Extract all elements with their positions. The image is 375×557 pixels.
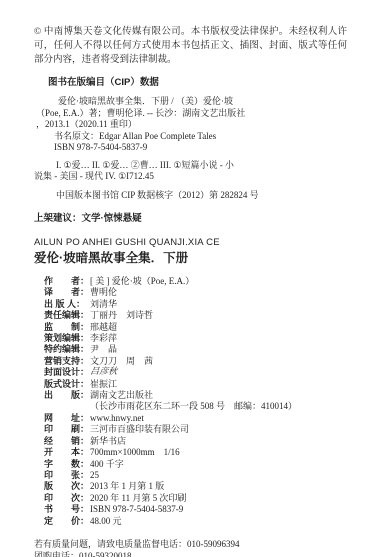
cip-classification-line: I. ①爱… II. ①爱… ②曹… III. ①短篇小说 - 小: [34, 160, 347, 172]
credit-row-marketing-support: 营销支持：文刀刀 周 茜: [44, 356, 347, 367]
credit-label: 译 者：: [44, 287, 90, 298]
credit-value: 湖南文艺出版社: [90, 390, 153, 401]
credit-value: 尹 晶: [90, 344, 117, 355]
credit-value: 邢越超: [90, 322, 117, 333]
credit-row-supervisor: 监 制：邢越超: [44, 322, 347, 333]
cip-record-line: ，2013.1（2020.11 重印）: [36, 119, 347, 131]
credit-row-author: 作 者：[ 美 ] 爱伦·坡（Poe, E.A.）: [44, 276, 347, 287]
credit-row-price: 定 价：48.00 元: [44, 516, 347, 527]
credit-value: 丁丽丹 刘诗哲: [90, 310, 153, 321]
credit-row-layout-design: 版式设计：崔振江: [44, 379, 347, 390]
credit-label: 经 销：: [44, 436, 90, 447]
cip-record-line: 书名原文：Edgar Allan Poe Complete Tales: [36, 131, 347, 143]
credit-value: 700mm×1000mm 1/16: [90, 447, 180, 458]
cip-heading: 图书在版编目（CIP）数据: [48, 77, 347, 89]
credit-row-word-count: 字 数：400 千字: [44, 459, 347, 470]
copyright-page: © 中南博集天卷文化传媒有限公司。本书版权受法律保护。未经权利人许可，任何人不得…: [0, 0, 375, 557]
publication-credits: 作 者：[ 美 ] 爱伦·坡（Poe, E.A.） 译 者：曹明伦 出 版 人：…: [44, 276, 347, 527]
cip-record: 爱伦·坡暗黑故事全集．下册 / （美）爱伦·坡 （Poe, E.A.）著；曹明伦…: [36, 96, 347, 154]
credit-row-sheets: 印 张：25: [44, 470, 347, 481]
credit-label: 开 本：: [44, 447, 90, 458]
credit-value: 400 千字: [90, 459, 124, 470]
credit-row-edition: 版 次：2013 年 1 月第 1 版: [44, 481, 347, 492]
credit-row-format: 开 本：700mm×1000mm 1/16: [44, 447, 347, 458]
credit-value: 2020 年 11 月第 5 次印刷: [90, 493, 186, 504]
credit-label: 印 次：: [44, 493, 90, 504]
credit-row-printer: 印 刷：三河市百盛印装有限公司: [44, 424, 347, 435]
credit-label: 版 次：: [44, 481, 90, 492]
credit-value-signature: 吕彦秋: [89, 367, 117, 378]
credit-label: 书 号：: [44, 504, 90, 515]
credit-label: 作 者：: [44, 276, 90, 287]
credit-label: 版式设计：: [44, 379, 90, 390]
group-purchase-line: 团购电话：010-59320018: [34, 550, 347, 557]
credit-row-translator: 译 者：曹明伦: [44, 287, 347, 298]
credit-label: 出 版：: [44, 390, 90, 401]
credit-value: [ 美 ] 爱伦·坡（Poe, E.A.）: [90, 276, 194, 287]
credit-row-publisher-address: （长沙市雨花区东二环一段 508 号 邮编：410014）: [44, 401, 347, 412]
credit-row-cover-design: 封面设计：吕彦秋: [44, 367, 347, 378]
credit-row-contributing-editor: 特约编辑：尹 晶: [44, 344, 347, 355]
credit-row-printing: 印 次：2020 年 11 月第 5 次印刷: [44, 493, 347, 504]
cip-isbn-line: ISBN 978-7-5404-5837-9: [36, 142, 347, 154]
credit-label: 特约编辑：: [44, 344, 90, 355]
credit-row-isbn: 书 号：ISBN 978-7-5404-5837-9: [44, 504, 347, 515]
credit-label: 监 制：: [44, 322, 90, 333]
cip-record-line: （Poe, E.A.）著；曹明伦译. -- 长沙：湖南文艺出版社: [36, 108, 347, 120]
credit-label: [44, 401, 90, 412]
book-title-pinyin: AILUN PO ANHEI GUSHI QUANJI.XIA CE: [34, 237, 347, 249]
shelf-suggestion: 上架建议：文学·惊悚悬疑: [34, 213, 347, 225]
credit-value: 48.00 元: [90, 516, 122, 527]
credit-label: 网 址：: [44, 413, 90, 424]
credit-label: 字 数：: [44, 459, 90, 470]
book-title-chinese: 爱伦·坡暗黑故事全集．下册: [34, 251, 347, 266]
credit-row-planning-editor: 策划编辑：李彩萍: [44, 333, 347, 344]
quality-contact: 若有质量问题，请致电质量监督电话：010-59096394 团购电话：010-5…: [34, 538, 347, 557]
credit-label: 营销支持：: [44, 356, 90, 367]
credit-label: 出 版 人：: [44, 299, 90, 310]
credit-row-publisher-person: 出 版 人：刘清华: [44, 299, 347, 310]
credit-label: 定 价：: [44, 516, 90, 527]
credit-value: 文刀刀 周 茜: [90, 356, 153, 367]
credit-value-url: www.hnwy.net: [90, 413, 144, 424]
credit-value: 三河市百盛印装有限公司: [90, 424, 189, 435]
quality-hotline-line: 若有质量问题，请致电质量监督电话：010-59096394: [34, 538, 347, 551]
cip-classification: I. ①爱… II. ①爱… ②曹… III. ①短篇小说 - 小 说集 - 美…: [34, 160, 347, 183]
credit-value: 2013 年 1 月第 1 版: [90, 481, 164, 492]
credit-label: 印 刷：: [44, 424, 90, 435]
cip-record-line: 爱伦·坡暗黑故事全集．下册 / （美）爱伦·坡: [36, 96, 347, 108]
cip-registry-line: 中国版本图书馆 CIP 数据核字（2012）第 282824 号: [56, 190, 347, 202]
credit-value: 25: [90, 470, 99, 481]
copyright-notice: © 中南博集天卷文化传媒有限公司。本书版权受法律保护。未经权利人许可，任何人不得…: [34, 25, 347, 67]
credit-value: 新华书店: [90, 436, 126, 447]
credit-label: 封面设计：: [44, 367, 90, 378]
credit-value: 曹明伦: [90, 287, 117, 298]
credit-row-publisher: 出 版：湖南文艺出版社: [44, 390, 347, 401]
credit-row-website: 网 址：www.hnwy.net: [44, 413, 347, 424]
credit-row-responsible-editor: 责任编辑：丁丽丹 刘诗哲: [44, 310, 347, 321]
credit-value: 崔振江: [90, 379, 117, 390]
cip-classification-line: 说集 - 美国 - 现代 IV. ①I712.45: [34, 171, 347, 183]
credit-label: 印 张：: [44, 470, 90, 481]
credit-value-isbn: ISBN 978-7-5404-5837-9: [90, 504, 183, 515]
credit-row-distributor: 经 销：新华书店: [44, 436, 347, 447]
credit-value: 刘清华: [90, 299, 117, 310]
credit-value: 李彩萍: [90, 333, 117, 344]
credit-label: 责任编辑：: [44, 310, 90, 321]
credit-label: 策划编辑：: [44, 333, 90, 344]
credit-value: （长沙市雨花区东二环一段 508 号 邮编：410014）: [90, 401, 297, 412]
